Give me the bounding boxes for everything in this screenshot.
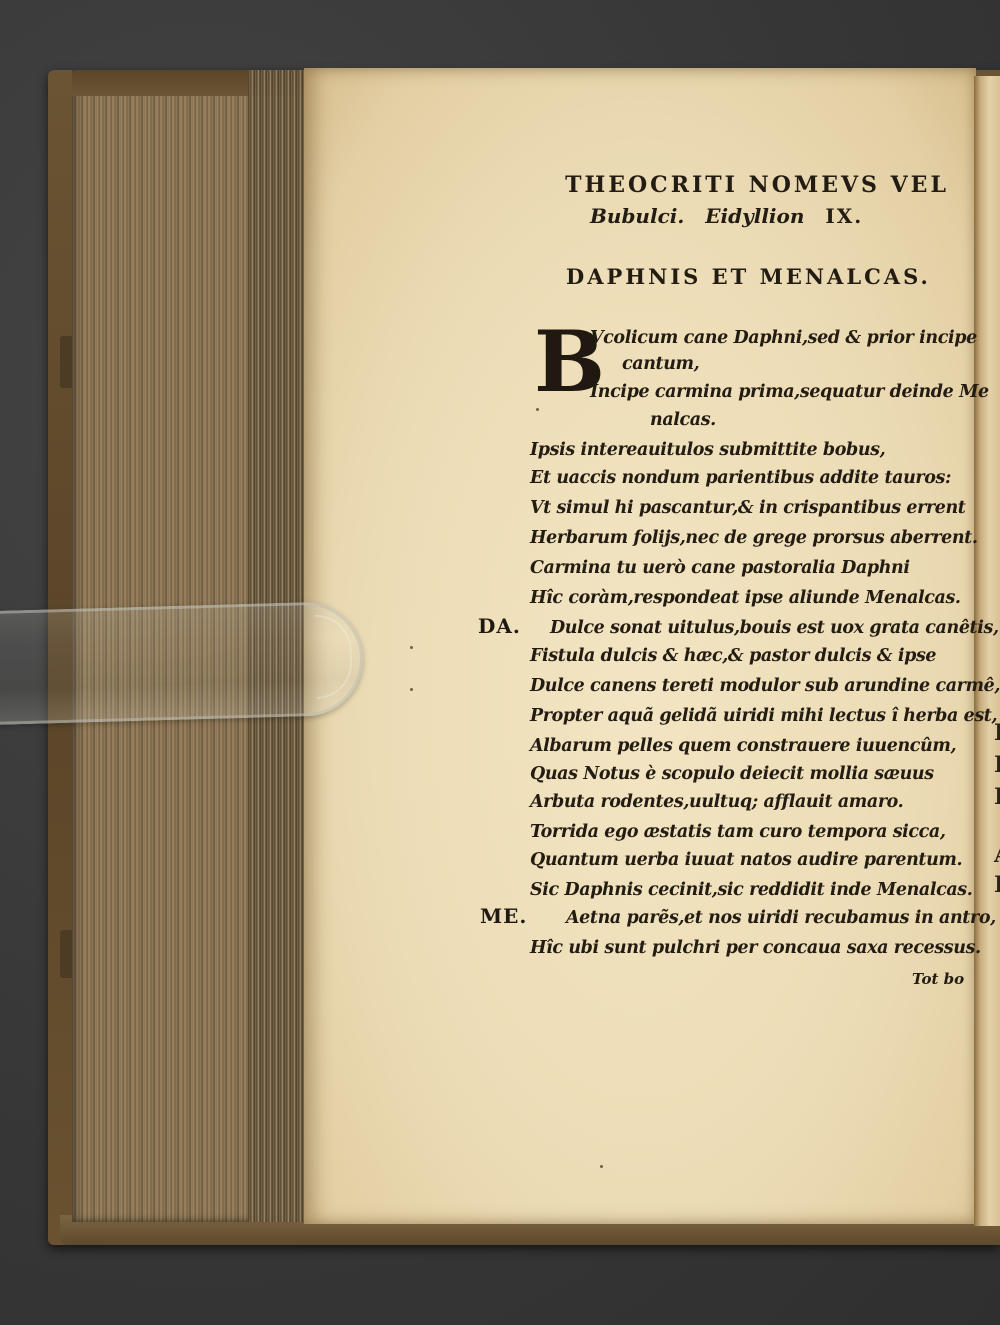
verse-line: Propter aquã gelidã uiridi mihi lectus î… — [530, 706, 997, 726]
verse-line: Herbarum folijs,nec de grege prorsus abe… — [530, 528, 978, 548]
page-heading: THEOCRITI NOMEVS VEL — [552, 172, 962, 198]
verse-line: Dulce canens tereti modulor sub arundine… — [530, 676, 1000, 696]
verse-line: Albarum pelles quem constrauere iuuencûm… — [530, 736, 956, 756]
next-page-fragment: I — [994, 752, 1000, 778]
verse-line: Sic Daphnis cecinit,sic reddidit inde Me… — [530, 880, 972, 900]
verse-line: Fistula dulcis & hæc,& pastor dulcis & i… — [530, 646, 936, 666]
paper-speck — [600, 1165, 603, 1168]
verse-line: nalcas. — [650, 410, 716, 430]
poem-title: DAPHNIS ET MENALCAS. — [566, 264, 931, 289]
page-subheading: Bubulci. Eidyllion IX. — [590, 204, 863, 228]
paper-speck — [410, 688, 413, 691]
verse-line: Hîc coràm,respondeat ipse aliunde Menalc… — [530, 588, 961, 608]
verse-line: Carmina tu uerò cane pastoralia Daphni — [530, 558, 910, 578]
catchword: Tot bo — [912, 970, 964, 988]
paper-speck — [410, 646, 413, 649]
glass-page-weight — [0, 601, 365, 726]
verse-line: Quas Notus è scopulo deiecit mollia sæuu… — [530, 764, 934, 784]
verse-line: Quantum uerba iuuat natos audire parentu… — [530, 850, 962, 870]
verse-line: Arbuta rodentes,uultuq; afflauit amaro. — [530, 792, 903, 812]
eidyllion-number: IX. — [825, 204, 863, 228]
speaker-label-daphnis: DA. — [478, 614, 521, 638]
verse-line: Incipe carmina prima,sequatur deinde Me — [590, 382, 989, 402]
verse-line: Vcolicum cane Daphni,sed & prior incipe — [590, 328, 977, 348]
eidyllion-label: Bubulci. Eidyllion — [590, 204, 804, 228]
next-page-fragment: I — [994, 784, 1000, 810]
verse-line: Hîc ubi sunt pulchri per concaua saxa re… — [530, 938, 981, 958]
verse-line: Torrida ego æstatis tam curo tempora sic… — [530, 822, 946, 842]
book-photograph: I I I A E THEOCRITI NOMEVS VEL Bubulci. … — [0, 0, 1000, 1325]
next-page-edge — [974, 76, 1000, 1226]
speaker-label-menalcas: ME. — [480, 904, 527, 928]
next-page-fragment: E — [994, 872, 1000, 898]
verse-line: Ipsis intereauitulos submittite bobus, — [530, 440, 885, 460]
verse-line: cantum, — [622, 354, 699, 374]
verse-line: Et uaccis nondum parientibus addite taur… — [530, 468, 951, 488]
verse-line: Dulce sonat uitulus,bouis est uox grata … — [550, 618, 999, 638]
verse-line: Vt simul hi pascantur,& in crispantibus … — [530, 498, 965, 518]
verse-line: Aetna parẽs,et nos uiridi recubamus in a… — [566, 908, 996, 928]
next-page-fragment: A — [994, 842, 1000, 868]
